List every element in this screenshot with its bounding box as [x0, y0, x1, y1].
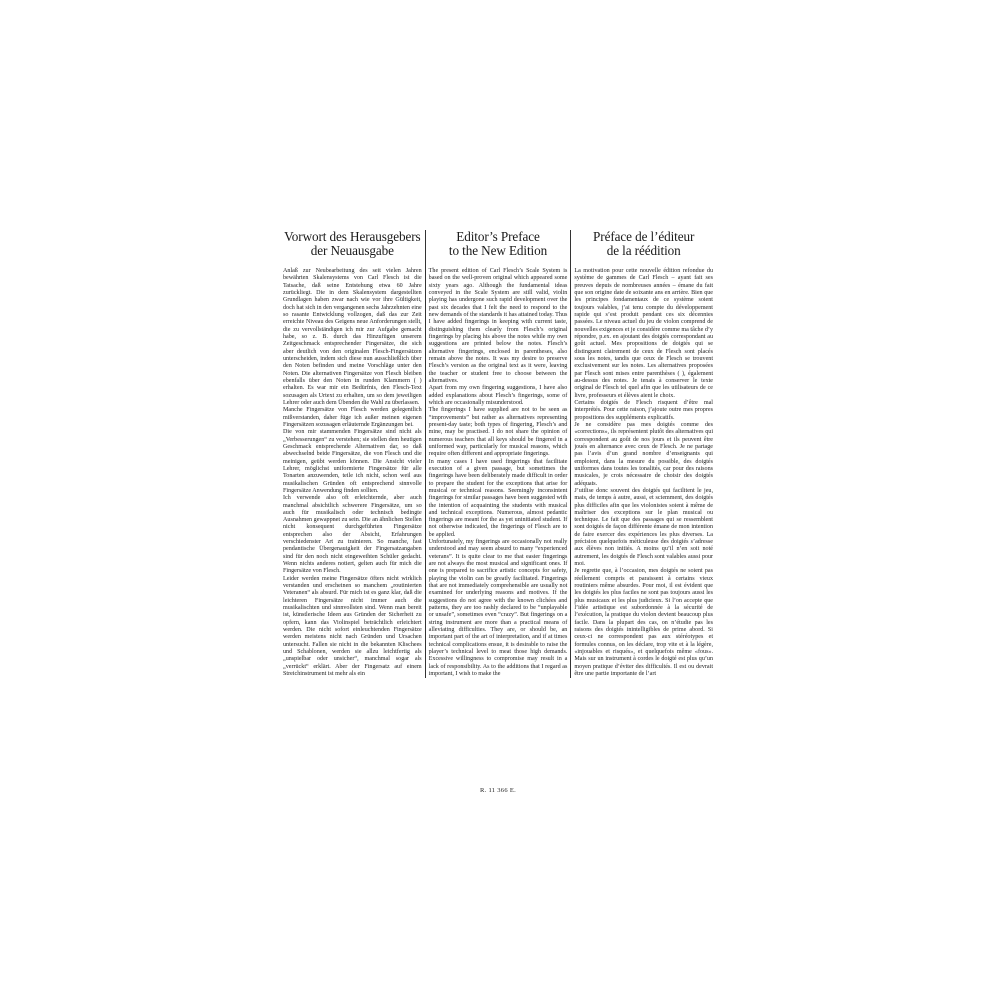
- heading-line-2: der Neuausgabe: [311, 243, 394, 258]
- paragraph: Je ne considère pas mes doigtés comme de…: [574, 422, 713, 488]
- paragraph: Unfortunately, my fingerings are occasio…: [429, 539, 568, 678]
- paragraph: Leider werden meine Fingersätze öfters n…: [283, 576, 422, 679]
- body-german: Anlaß zur Neubearbeitung des seit vielen…: [283, 268, 422, 678]
- heading-line-1: Vorwort des Herausgebers: [284, 229, 421, 244]
- column-english: Editor’s Preface to the New Edition The …: [425, 230, 571, 678]
- heading-english: Editor’s Preface to the New Edition: [429, 230, 568, 258]
- heading-line-1: Préface de l’éditeur: [593, 229, 694, 244]
- paragraph: Anlaß zur Neubearbeitung des seit vielen…: [283, 268, 422, 407]
- heading-german: Vorwort des Herausgebers der Neuausgabe: [283, 230, 422, 258]
- paragraph: The fingerings I have supplied are not t…: [429, 407, 568, 458]
- paragraph: In many cases I have used fingerings tha…: [429, 459, 568, 540]
- paragraph: La motivation pour cette nouvelle éditio…: [574, 268, 713, 400]
- body-english: The present edition of Carl Flesch’s Sca…: [429, 268, 568, 678]
- plate-number: R. 11 366 E.: [283, 787, 713, 794]
- heading-french: Préface de l’éditeur de la réédition: [574, 230, 713, 258]
- paragraph: Manche Fingersätze von Flesch werden gel…: [283, 407, 422, 429]
- column-german: Vorwort des Herausgebers der Neuausgabe …: [283, 230, 425, 678]
- paragraph: Je regrette que, à l’occasion, mes doigt…: [574, 568, 713, 678]
- paragraph: The present edition of Carl Flesch’s Sca…: [429, 268, 568, 385]
- heading-line-2: de la réédition: [607, 243, 681, 258]
- three-column-layout: Vorwort des Herausgebers der Neuausgabe …: [283, 230, 713, 678]
- paragraph: Certains doigtés de Flesch risquent d’êt…: [574, 400, 713, 422]
- body-french: La motivation pour cette nouvelle éditio…: [574, 268, 713, 678]
- document-page: Vorwort des Herausgebers der Neuausgabe …: [283, 230, 713, 678]
- heading-line-1: Editor’s Preface: [456, 229, 539, 244]
- paragraph: J’utilise donc souvent des doigtés qui f…: [574, 488, 713, 569]
- column-french: Préface de l’éditeur de la réédition La …: [570, 230, 713, 678]
- paragraph: Apart from my own fingering suggestions,…: [429, 385, 568, 407]
- paragraph: Ich verwende also oft erleichternde, abe…: [283, 495, 422, 576]
- heading-line-2: to the New Edition: [449, 243, 547, 258]
- paragraph: Die von mir stammenden Fingersätze sind …: [283, 429, 422, 495]
